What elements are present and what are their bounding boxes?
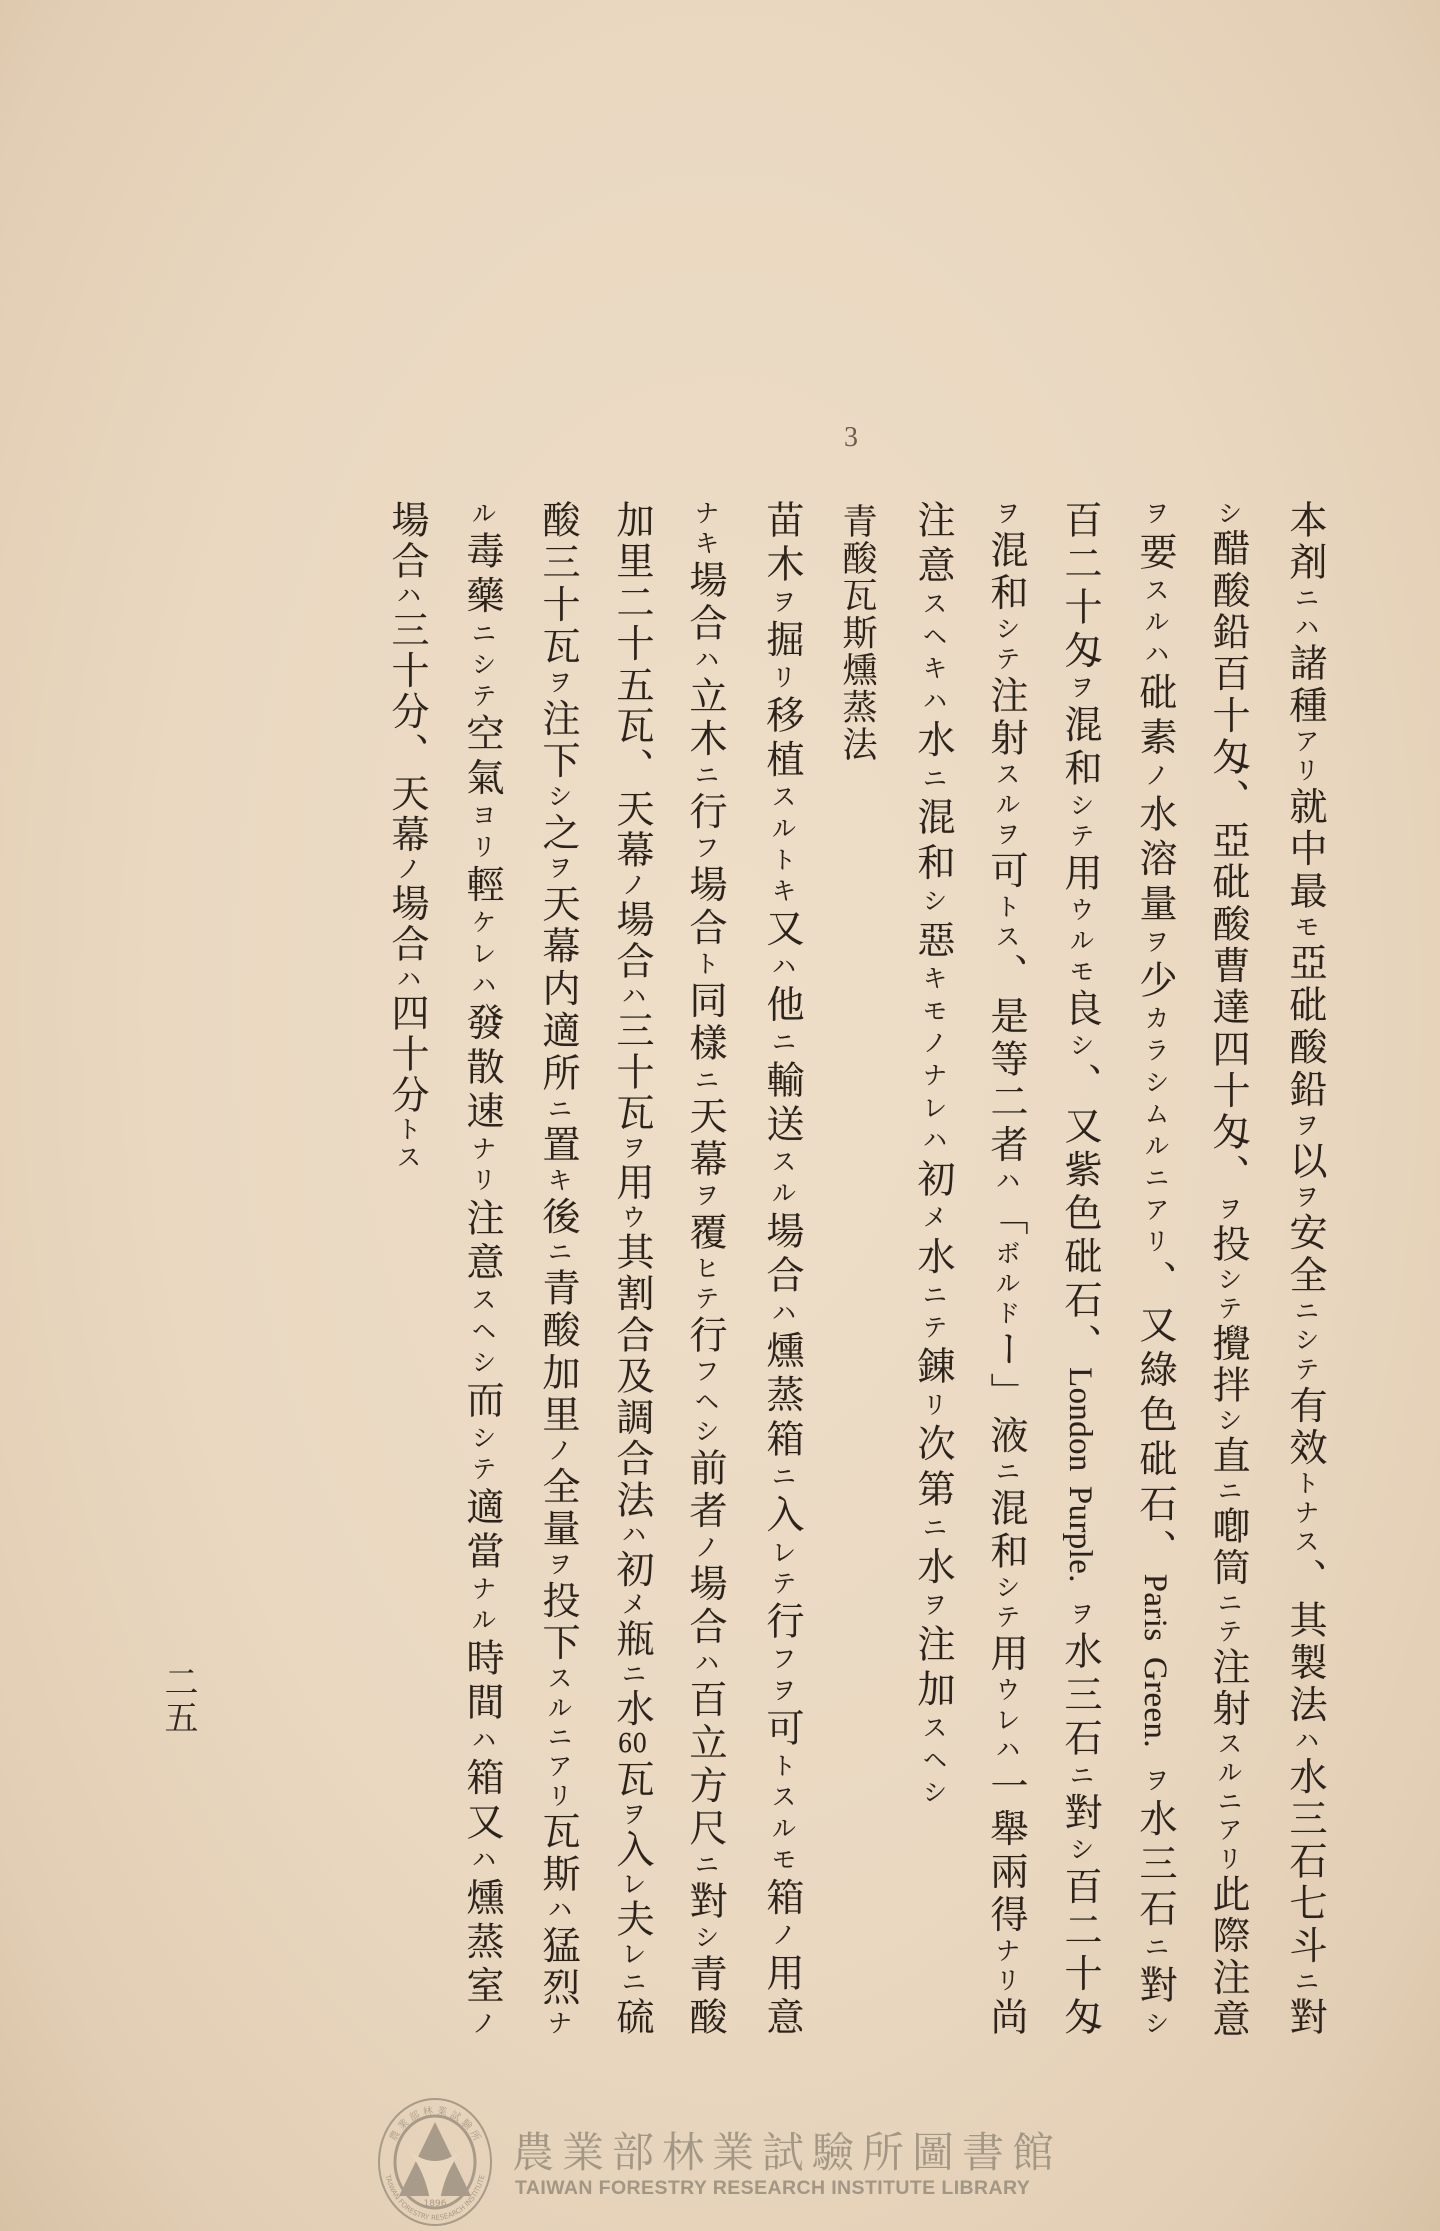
watermark-library-name-zh: 農業部林業試驗所圖書館 [512,2120,1062,2180]
text-column-2: シ醋酸鉛百十匁、亞砒酸曹達四十匁、ヲ投シテ攪拌シ直ニ喞筒ニテ注射スルニアリ此際注… [1200,500,1256,2037]
page-number: 二五 [154,1664,202,1736]
text-column-10: 酸三十瓦ヲ注下シ之ヲ天幕内適所ニ置キ後ニ青酸加里ノ全量ヲ投下スルニアリ瓦斯ハ猛烈… [530,500,586,2035]
text-column-6: 注意スヘキハ水ニ混和シ惡キモノナレハ初メ水ニテ錬リ次第ニ水ヲ注加スヘシ [905,500,961,1804]
text-column-3: ヲ要スルハ砒素ノ水溶量ヲ少カラシムルニアリ、又綠色砒石、Paris Green.… [1127,500,1183,2035]
text-column-8: ナキ場合ハ立木ニ行フ場合ト同樣ニ天幕ヲ覆ヒテ行フヘシ前者ノ場合ハ百立方尺ニ對シ青… [677,500,733,2035]
section-heading: 青酸瓦斯燻蒸法 [829,503,885,761]
text-column-7: 苗木ヲ掘リ移植スルトキ又ハ他ニ輸送スル場合ハ燻蒸箱ニ入レテ行フヲ可トスルモ箱ノ用… [754,500,810,2035]
text-column-12: 場合ハ三十分、天幕ノ場合ハ四十分トス [379,500,435,1169]
section-number: 3 [844,422,858,454]
text-column-9: 加里二十五瓦、天幕ノ場合ハ三十瓦ヲ用ウ其割合及調合法ハ初メ瓶ニ水60瓦ヲ入レ夫レ… [604,500,660,2035]
text-column-5: ヲ混和シテ注射スルヲ可トス、是等二者ハ「ボルドー」液ニ混和シテ用ウレハ一舉兩得ナ… [978,500,1034,2035]
logo-year: 1896 [424,2199,447,2209]
text-column-11: ル毒藥ニシテ空氣ヨリ輕ケレハ發散速ナリ注意スヘシ而シテ適當ナル時間ハ箱又ハ燻蒸室… [454,500,510,2035]
text-column-1: 本剤ニハ諸種アリ就中最モ亞砒酸鉛ヲ以ヲ安全ニシテ有效トナス、其製法ハ水三石七斗ニ… [1277,500,1333,2035]
library-logo-icon: 農 業 部 林 業 試 驗 所 TAIWAN FORESTRY RESEARCH… [376,2096,494,2228]
watermark-library-name-en: TAIWAN FORESTRY RESEARCH INSTITUTE LIBRA… [515,2177,1030,2200]
text-column-4: 百二十匁ヲ混和シテ用ウルモ良シ、又紫色砒石、London Purple. ヲ水三… [1052,500,1108,2035]
